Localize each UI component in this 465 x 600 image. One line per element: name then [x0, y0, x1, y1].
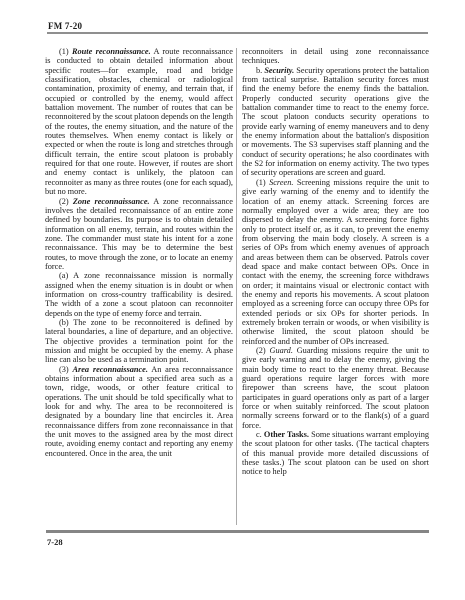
- paragraph-zone-reconnaissance: (2) Zone reconnaissance. A zone reconnai…: [45, 197, 233, 272]
- paragraph-continuation: reconnoiters in detail using zone reconn…: [242, 47, 429, 66]
- column-divider: [236, 48, 237, 525]
- header-title: FM 7-20: [48, 21, 82, 31]
- paragraph-text: Guarding missions require the unit to gi…: [242, 346, 429, 430]
- paragraph-prefix: c.: [256, 430, 264, 439]
- page-content: (1) Route reconnaissance. A route reconn…: [45, 47, 429, 477]
- paragraph-text: A zone reconnaissance involves the detai…: [45, 197, 233, 271]
- paragraph-prefix: (2): [59, 197, 73, 206]
- paragraph-area-reconnaissance: (3) Area reconnaissance. An area reconna…: [45, 365, 233, 458]
- paragraph-lead: Security.: [264, 66, 294, 75]
- paragraph-security: b. Security. Security operations protect…: [242, 66, 429, 178]
- paragraph-prefix: (3): [59, 365, 72, 374]
- paragraph-lead: Route reconnaissance.: [72, 47, 151, 56]
- paragraph-lead: Other Tasks.: [264, 430, 309, 439]
- paragraph-text: Security operations protect the battalio…: [242, 66, 429, 178]
- document-page: FM 7-20 (1) Route reconnaissance. A rout…: [0, 0, 465, 600]
- paragraph-lead: Area reconnaissance.: [72, 365, 147, 374]
- paragraph-text: reconnoiters in detail using zone reconn…: [242, 47, 429, 65]
- paragraph-text: A route reconnaissance is conducted to o…: [45, 47, 233, 196]
- paragraph-lead: Screen.: [269, 178, 293, 187]
- paragraph-other-tasks: c. Other Tasks. Some situations warrant …: [242, 430, 429, 477]
- paragraph-lead: Guard.: [269, 346, 292, 355]
- paragraph-zone-sub-a: (a) A zone reconnaissance mission is nor…: [45, 271, 233, 318]
- paragraph-prefix: (1): [256, 178, 269, 187]
- paragraph-prefix: (2): [256, 346, 269, 355]
- paragraph-text: Screening missions require the unit to g…: [242, 178, 429, 346]
- paragraph-lead: Zone reconnaissance.: [73, 197, 150, 206]
- paragraph-guard: (2) Guard. Guarding missions require the…: [242, 346, 429, 430]
- paragraph-text: An area reconnaissance obtains informati…: [45, 365, 233, 458]
- footer-rule: [46, 530, 429, 533]
- paragraph-prefix: (1): [59, 47, 72, 56]
- left-column: (1) Route reconnaissance. A route reconn…: [45, 47, 233, 477]
- paragraph-zone-sub-b: (b) The zone to be reconnoitered is defi…: [45, 318, 233, 365]
- paragraph-route-reconnaissance: (1) Route reconnaissance. A route reconn…: [45, 47, 233, 197]
- page-number: 7-28: [47, 537, 63, 547]
- paragraph-screen: (1) Screen. Screening missions require t…: [242, 178, 429, 346]
- paragraph-text: (b) The zone to be reconnoitered is defi…: [45, 318, 233, 364]
- header-rule: [47, 32, 428, 34]
- right-column: reconnoiters in detail using zone reconn…: [242, 47, 429, 477]
- paragraph-text: (a) A zone reconnaissance mission is nor…: [45, 271, 233, 317]
